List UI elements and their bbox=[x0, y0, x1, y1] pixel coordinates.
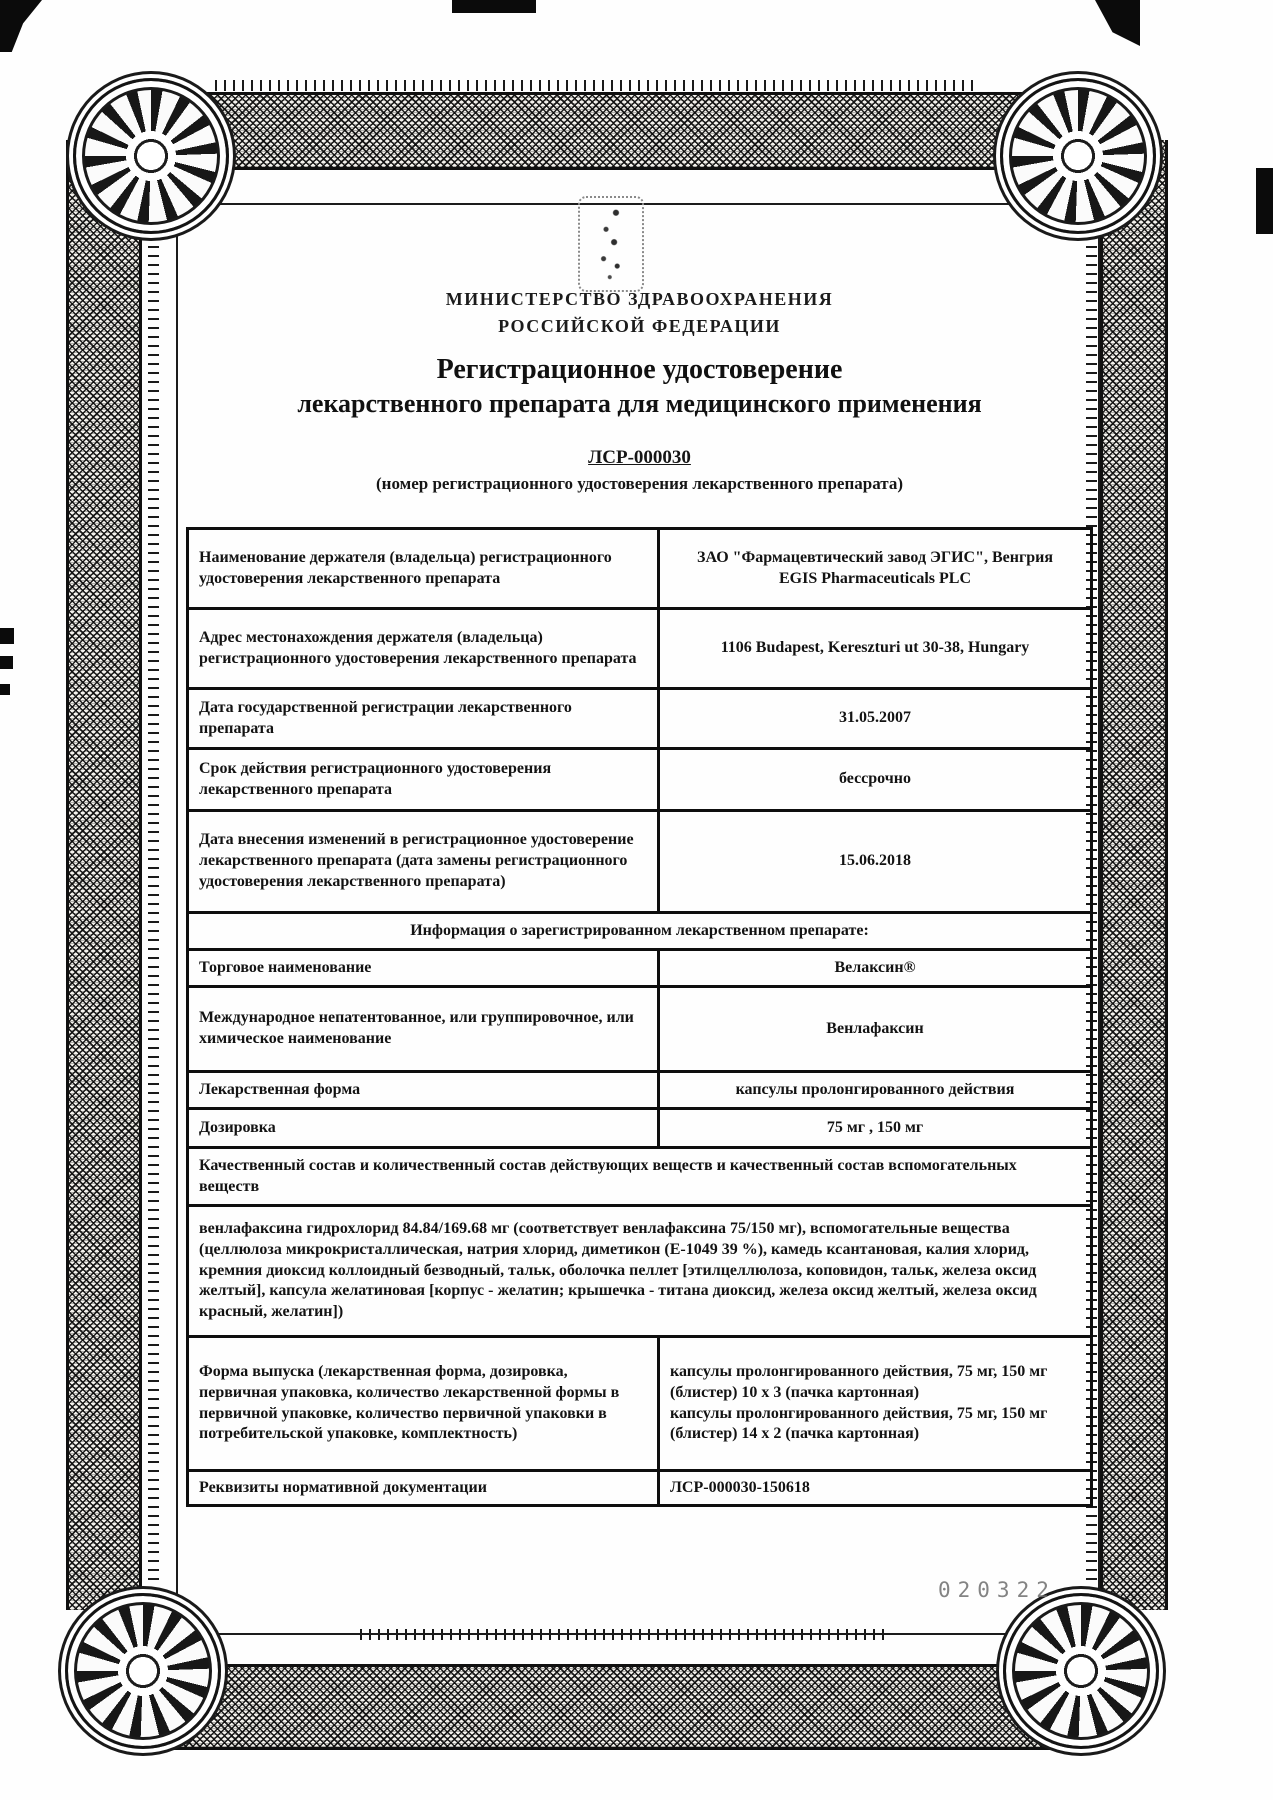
release-form-line2: (блистер) 10 x 3 (пачка картонная) bbox=[670, 1383, 1080, 1404]
inn-name-value: Венлафаксин bbox=[659, 987, 1092, 1072]
certificate-page: МИНИСТЕРСТВО ЗДРАВООХРАНЕНИЯ РОССИЙСКОЙ … bbox=[0, 0, 1273, 1800]
info-band-text: Информация о зарегистрированном лекарств… bbox=[188, 913, 1092, 950]
document-content: МИНИСТЕРСТВО ЗДРАВООХРАНЕНИЯ РОССИЙСКОЙ … bbox=[0, 0, 1273, 1800]
registration-date-label: Дата государственной регистрации лекарст… bbox=[188, 689, 659, 749]
amendment-date-label: Дата внесения изменений в регистрационно… bbox=[188, 811, 659, 913]
coat-of-arms-emblem-icon bbox=[578, 196, 644, 292]
row-info-band: Информация о зарегистрированном лекарств… bbox=[188, 913, 1092, 950]
holder-name-value: ЗАО "Фармацевтический завод ЭГИС", Венгр… bbox=[659, 529, 1092, 609]
dosage-form-value: капсулы пролонгированного действия bbox=[659, 1072, 1092, 1109]
registration-date-value: 31.05.2007 bbox=[659, 689, 1092, 749]
row-dosage: Дозировка 75 мг , 150 мг bbox=[188, 1109, 1092, 1148]
release-form-line3: капсулы пролонгированного действия, 75 м… bbox=[670, 1404, 1080, 1425]
row-normative-docs: Реквизиты нормативной документации ЛСР-0… bbox=[188, 1471, 1092, 1506]
registration-table: Наименование держателя (владельца) регис… bbox=[186, 527, 1093, 1507]
release-form-line4: (блистер) 14 x 2 (пачка картонная) bbox=[670, 1424, 1080, 1445]
normative-docs-value: ЛСР-000030-150618 bbox=[659, 1471, 1092, 1506]
registration-number: ЛСР-000030 bbox=[186, 447, 1093, 469]
row-trade-name: Торговое наименование Велаксин® bbox=[188, 950, 1092, 987]
validity-term-label: Срок действия регистрационного удостовер… bbox=[188, 749, 659, 811]
ministry-header: МИНИСТЕРСТВО ЗДРАВООХРАНЕНИЯ РОССИЙСКОЙ … bbox=[186, 286, 1093, 340]
holder-name-line2: EGIS Pharmaceuticals PLC bbox=[670, 569, 1080, 590]
row-holder-name: Наименование держателя (владельца) регис… bbox=[188, 529, 1092, 609]
row-holder-address: Адрес местонахождения держателя (владель… bbox=[188, 609, 1092, 689]
holder-address-label: Адрес местонахождения держателя (владель… bbox=[188, 609, 659, 689]
trade-name-value: Велаксин® bbox=[659, 950, 1092, 987]
release-form-line1: капсулы пролонгированного действия, 75 м… bbox=[670, 1362, 1080, 1383]
row-validity-term: Срок действия регистрационного удостовер… bbox=[188, 749, 1092, 811]
title-line2: лекарственного препарата для медицинског… bbox=[146, 387, 1133, 421]
row-composition-header: Качественный состав и количественный сос… bbox=[188, 1148, 1092, 1206]
document-title: Регистрационное удостоверение лекарствен… bbox=[146, 352, 1133, 421]
dosage-form-label: Лекарственная форма bbox=[188, 1072, 659, 1109]
composition-text: венлафаксина гидрохлорид 84.84/169.68 мг… bbox=[188, 1206, 1092, 1337]
holder-name-label: Наименование держателя (владельца) регис… bbox=[188, 529, 659, 609]
row-registration-date: Дата государственной регистрации лекарст… bbox=[188, 689, 1092, 749]
ministry-line2: РОССИЙСКОЙ ФЕДЕРАЦИИ bbox=[498, 316, 781, 336]
normative-docs-label: Реквизиты нормативной документации bbox=[188, 1471, 659, 1506]
row-amendment-date: Дата внесения изменений в регистрационно… bbox=[188, 811, 1092, 913]
trade-name-label: Торговое наименование bbox=[188, 950, 659, 987]
holder-name-line1: ЗАО "Фармацевтический завод ЭГИС", Венгр… bbox=[670, 548, 1080, 569]
serial-number: 020322 bbox=[938, 1578, 1056, 1602]
amendment-date-value: 15.06.2018 bbox=[659, 811, 1092, 913]
validity-term-value: бессрочно bbox=[659, 749, 1092, 811]
row-inn-name: Международное непатентованное, или групп… bbox=[188, 987, 1092, 1072]
release-form-label: Форма выпуска (лекарственная форма, дози… bbox=[188, 1337, 659, 1471]
dosage-value: 75 мг , 150 мг bbox=[659, 1109, 1092, 1148]
holder-address-value: 1106 Budapest, Kereszturi ut 30-38, Hung… bbox=[659, 609, 1092, 689]
row-composition: венлафаксина гидрохлорид 84.84/169.68 мг… bbox=[188, 1206, 1092, 1337]
title-line1: Регистрационное удостоверение bbox=[146, 352, 1133, 387]
composition-header-text: Качественный состав и количественный сос… bbox=[188, 1148, 1092, 1206]
release-form-value: капсулы пролонгированного действия, 75 м… bbox=[659, 1337, 1092, 1471]
row-dosage-form: Лекарственная форма капсулы пролонгирова… bbox=[188, 1072, 1092, 1109]
dosage-label: Дозировка bbox=[188, 1109, 659, 1148]
row-release-form: Форма выпуска (лекарственная форма, дози… bbox=[188, 1337, 1092, 1471]
inn-name-label: Международное непатентованное, или групп… bbox=[188, 987, 659, 1072]
ministry-line1: МИНИСТЕРСТВО ЗДРАВООХРАНЕНИЯ bbox=[446, 289, 834, 309]
registration-number-caption: (номер регистрационного удостоверения ле… bbox=[186, 474, 1093, 494]
